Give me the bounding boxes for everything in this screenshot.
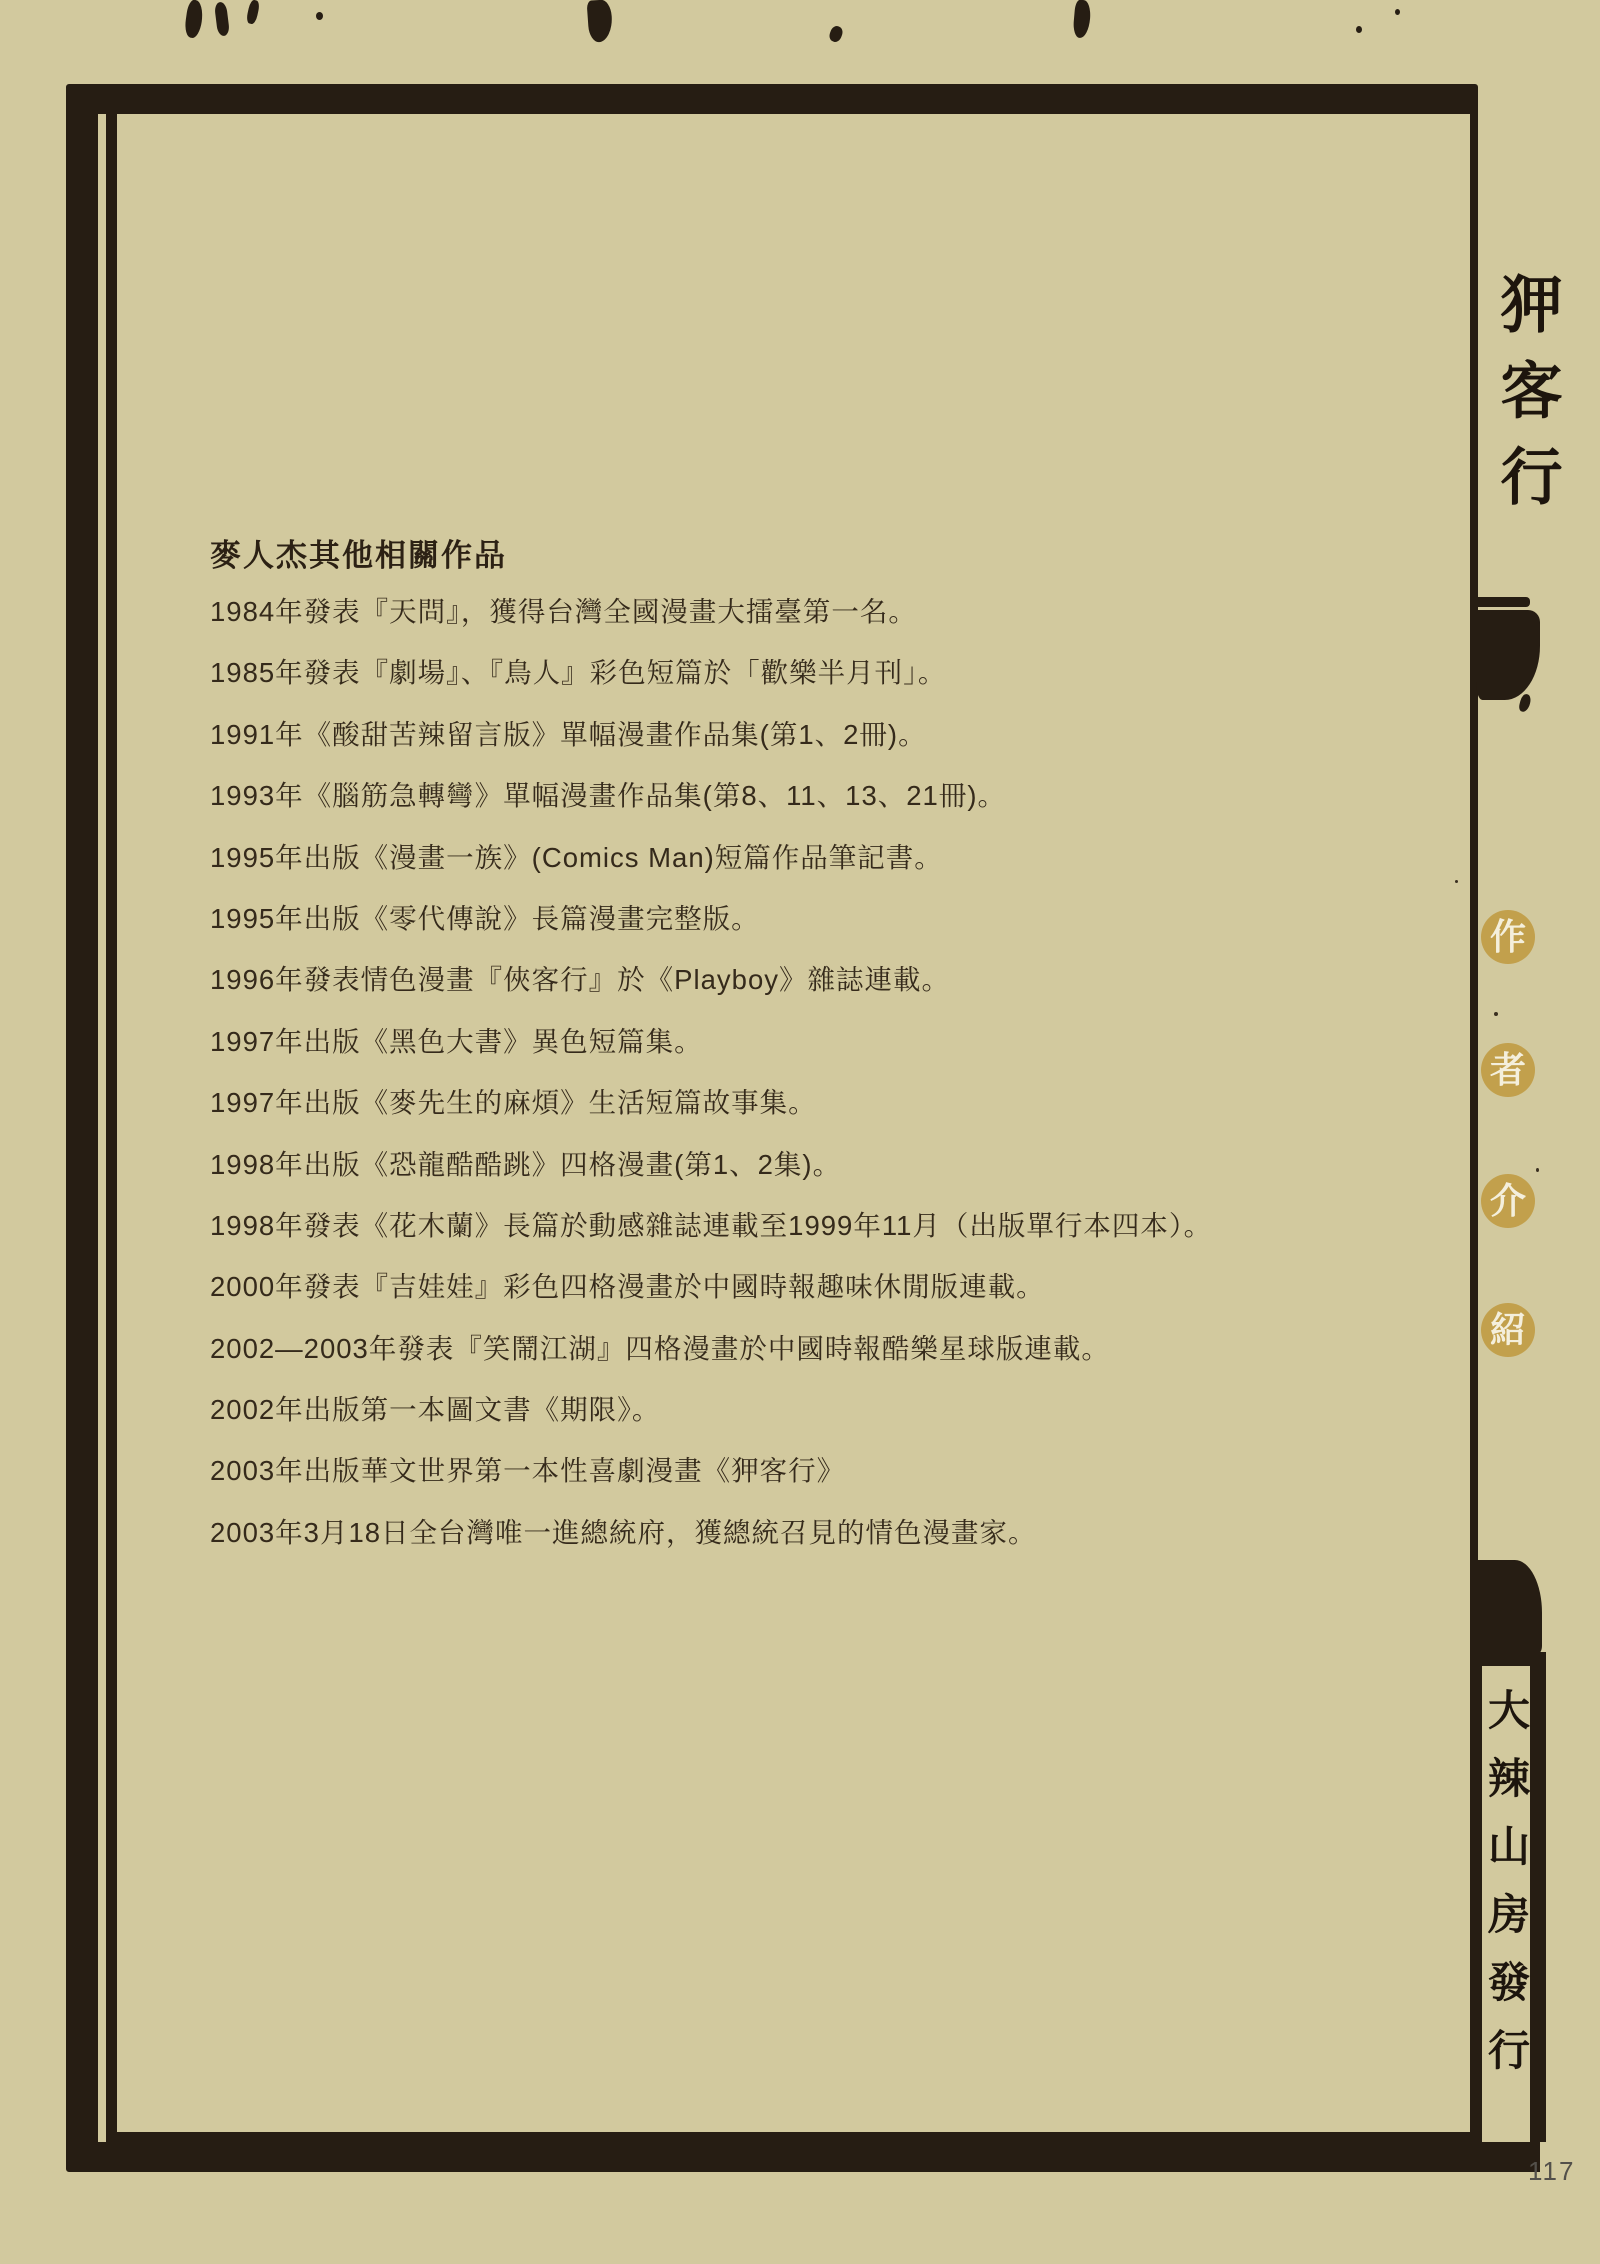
work-item: 1998年發表《花木蘭》長篇於動感雜誌連載至1999年11月（出版單行本四本）。 xyxy=(210,1195,1390,1256)
works-list: 1984年發表『天問』，獲得台灣全國漫畫大擂臺第一名。 1985年發表『劇場』、… xyxy=(210,581,1390,1563)
work-item: 2002—2003年發表『笑鬧江湖』四格漫畫於中國時報酷樂星球版連載。 xyxy=(210,1318,1390,1379)
section-heading: 麥人杰其他相關作品 xyxy=(210,530,507,575)
section-label-char: 者 xyxy=(1490,1052,1526,1088)
section-label-char: 介 xyxy=(1490,1183,1526,1219)
work-item: 1993年《腦筋急轉彎》單幅漫畫作品集(第8、11、13、21冊)。 xyxy=(210,765,1390,826)
scan-artifact xyxy=(1395,9,1400,15)
scan-artifact xyxy=(828,24,845,43)
work-item: 1991年《酸甜苦辣留言版》單幅漫畫作品集(第1、2冊)。 xyxy=(210,704,1390,765)
scan-artifact xyxy=(183,0,204,39)
work-item: 1997年出版《黑色大書》異色短篇集。 xyxy=(210,1011,1390,1072)
section-label-circle: 紹 xyxy=(1481,1303,1535,1357)
section-label-circle: 者 xyxy=(1481,1043,1535,1097)
work-item: 2003年出版華文世界第一本性喜劇漫畫《狎客行》 xyxy=(210,1440,1390,1501)
work-item: 1984年發表『天問』，獲得台灣全國漫畫大擂臺第一名。 xyxy=(210,581,1390,642)
scan-artifact xyxy=(1356,26,1362,33)
publisher-name: 大辣山房發行 xyxy=(1476,1666,1536,2142)
scan-artifact xyxy=(587,0,614,43)
ink-brush-blob xyxy=(1474,1560,1542,1656)
section-label-circle: 介 xyxy=(1481,1174,1535,1228)
scan-speck xyxy=(1536,1168,1539,1172)
ink-brush-blob xyxy=(1476,610,1540,700)
work-item: 1998年出版《恐龍酷酷跳》四格漫畫(第1、2集)。 xyxy=(210,1134,1390,1195)
work-item: 2003年3月18日全台灣唯一進總統府，獲總統召見的情色漫畫家。 xyxy=(210,1502,1390,1563)
work-item: 1995年出版《零代傳說》長篇漫畫完整版。 xyxy=(210,888,1390,949)
work-item: 2002年出版第一本圖文書《期限》。 xyxy=(210,1379,1390,1440)
work-item: 1997年出版《麥先生的麻煩》生活短篇故事集。 xyxy=(210,1072,1390,1133)
scan-artifact xyxy=(316,12,323,20)
work-item: 1995年出版《漫畫一族》(Comics Man)短篇作品筆記書。 xyxy=(210,827,1390,888)
work-item: 1996年發表情色漫畫『俠客行』於《Playboy》雜誌連載。 xyxy=(210,949,1390,1010)
spine-book-title: 狎客行 xyxy=(1482,272,1571,530)
ink-brush-blob-tail xyxy=(1518,693,1532,713)
section-label-char: 紹 xyxy=(1490,1312,1526,1348)
work-item: 1985年發表『劇場』、『鳥人』彩色短篇於「歡樂半月刊」。 xyxy=(210,642,1390,703)
scan-artifact xyxy=(1072,0,1091,39)
section-label-circle: 作 xyxy=(1481,910,1535,964)
publisher-spine-box: 大辣山房發行 xyxy=(1472,1652,1546,2142)
section-label-char: 作 xyxy=(1490,919,1526,955)
scan-speck xyxy=(1494,1012,1498,1016)
ink-brush-mark xyxy=(1476,597,1530,607)
work-item: 2000年發表『吉娃娃』彩色四格漫畫於中國時報趣味休閒版連載。 xyxy=(210,1256,1390,1317)
scan-artifact xyxy=(246,0,261,25)
page-number: 117 xyxy=(1528,2156,1575,2187)
scan-artifact xyxy=(214,1,230,36)
